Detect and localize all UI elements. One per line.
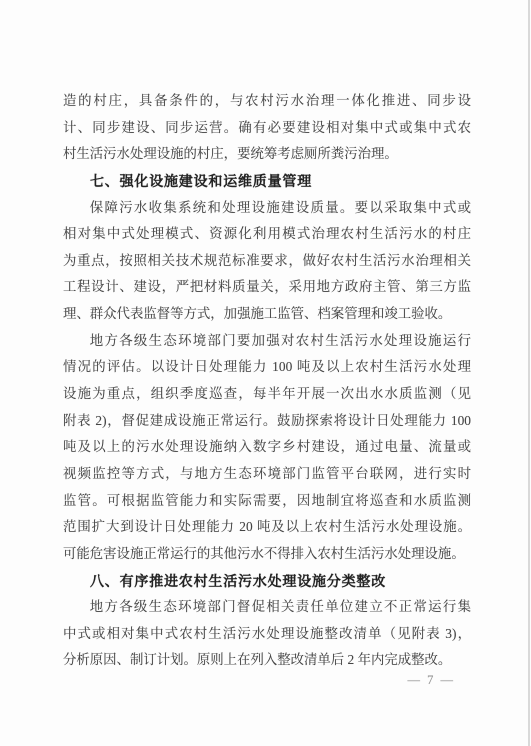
page-number: — 7 — <box>408 670 456 690</box>
text-line: 理、群众代表监督等方式，加强施工监管、档案管理和竣工验收。 <box>63 301 471 328</box>
text-line: 保障污水收集系统和处理设施建设质量。要以采取集中式或 <box>63 195 471 222</box>
text-line: 工程设计、建设，严把材料质量关，采用地方政府主管、第三方监 <box>63 274 471 301</box>
text-line: 附表 2)，督促建成设施正常运行。鼓励探索将设计日处理能力 100 <box>63 408 471 435</box>
text-line: 造的村庄，具备条件的，与农村污水治理一体化推进、同步设 <box>63 88 471 115</box>
text-line: 地方各级生态环境部门要加强对农村生活污水处理设施运行 <box>63 328 471 355</box>
text-line: 情况的评估。以设计日处理能力 100 吨及以上农村生活污水处理 <box>63 354 471 381</box>
scan-edge-line <box>528 0 530 746</box>
text-line: 为重点，按照相关技术规范标准要求，做好农村生活污水治理相关 <box>63 248 471 275</box>
document-body: 造的村庄，具备条件的，与农村污水治理一体化推进、同步设计、同步建设、同步运营。确… <box>63 88 471 674</box>
text-line: 村生活污水处理设施的村庄，要统筹考虑厕所粪污治理。 <box>63 141 471 168</box>
text-line: 视频监控等方式，与地方生态环境部门监管平台联网，进行实时 <box>63 461 471 488</box>
text-line: 地方各级生态环境部门督促相关责任单位建立不正常运行集 <box>63 594 471 621</box>
text-line: 监管。可根据监管能力和实际需要，因地制宜将巡查和水质监测 <box>63 488 471 515</box>
text-line: 吨及以上的污水处理设施纳入数字乡村建设，通过电量、流量或 <box>63 434 471 461</box>
text-line: 范围扩大到设计日处理能力 20 吨及以上农村生活污水处理设施。 <box>63 514 471 541</box>
text-line: 可能危害设施正常运行的其他污水不得排入农村生活污水处理设施。 <box>63 541 471 568</box>
document-page: 造的村庄，具备条件的，与农村污水治理一体化推进、同步设计、同步建设、同步运营。确… <box>0 0 531 746</box>
text-line: 计、同步建设、同步运营。确有必要建设相对集中式或集中式农 <box>63 115 471 142</box>
section-heading: 七、强化设施建设和运维质量管理 <box>63 168 471 195</box>
text-line: 中式或相对集中式农村生活污水处理设施整改清单（见附表 3)， <box>63 621 471 648</box>
text-line: 设施为重点，组织季度巡查，每半年开展一次出水水质监测（见 <box>63 381 471 408</box>
section-heading: 八、有序推进农村生活污水处理设施分类整改 <box>63 568 471 595</box>
text-line: 相对集中式处理模式、资源化利用模式治理农村生活污水的村庄 <box>63 221 471 248</box>
